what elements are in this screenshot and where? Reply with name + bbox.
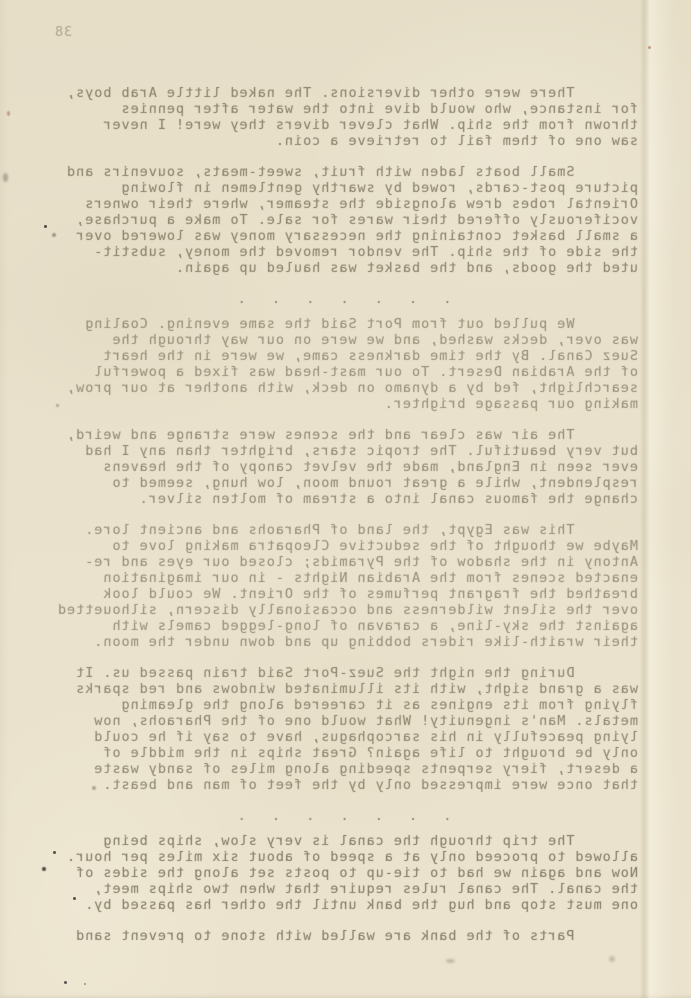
ink-speck bbox=[64, 981, 67, 984]
ink-speck bbox=[84, 983, 86, 985]
section-separator: . . . . . . . bbox=[42, 808, 638, 824]
paragraph-tropic-stars: The air was clear and the scenes were st… bbox=[42, 427, 638, 507]
paragraph-bank-walls: Parts of the bank are walled with stone … bbox=[42, 928, 638, 944]
ink-speck bbox=[446, 959, 455, 963]
page-scan: 38 There were other diversions. The nake… bbox=[0, 0, 691, 998]
paragraph-divers: There were other diversions. The naked l… bbox=[42, 85, 638, 149]
paragraph-port-said: We pulled out from Port Said the same ev… bbox=[42, 316, 638, 412]
section-separator: . . . . . . . bbox=[42, 291, 638, 307]
paragraph-canal-trip: The trip through the canal is very slow,… bbox=[42, 833, 638, 913]
paragraph-egypt: This was Egypt, the land of Pharaohs and… bbox=[42, 522, 638, 650]
paragraph-small-boats: Small boats laden with fruit, sweet-meat… bbox=[42, 164, 638, 276]
paragraph-night-train: During the night the Suez-Port Said trai… bbox=[42, 665, 638, 793]
ink-speck bbox=[7, 111, 10, 116]
ink-speck bbox=[3, 173, 8, 182]
bleed-through-text: 38 There were other diversions. The nake… bbox=[42, 24, 638, 959]
page-number: 38 bbox=[42, 24, 638, 40]
ink-speck bbox=[648, 46, 651, 49]
